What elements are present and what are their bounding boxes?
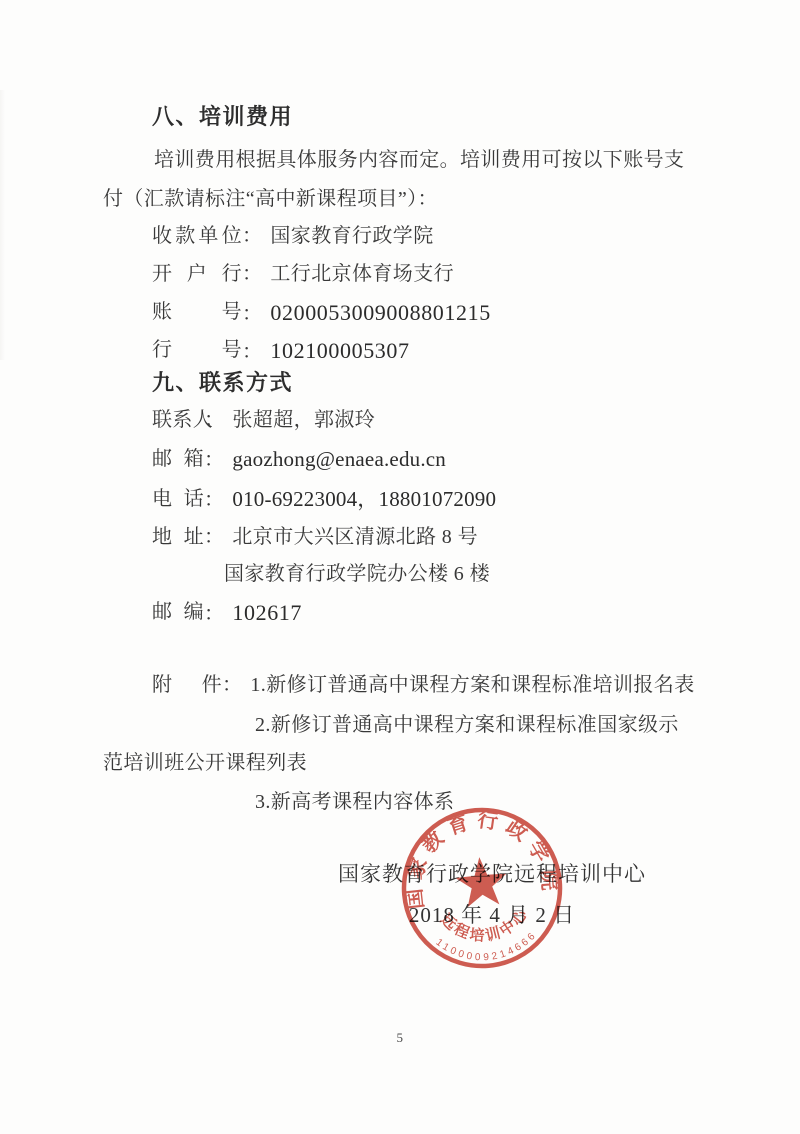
address-row: 地址：北京市大兴区清源北路 8 号 [152,524,478,550]
attachment-item-1: 1.新修订普通高中课程方案和课程标准培训报名表 [250,674,694,696]
bank-code-row: 行号：102100005307 [152,337,410,366]
phone-label: 电话 [152,486,204,512]
email-row: 邮箱：gaozhong@enaea.edu.cn [152,446,446,473]
address-colon: ： [204,526,224,548]
attachments-row: 附件：1.新修订普通高中课程方案和课程标准培训报名表 [152,672,695,698]
account-number-label: 账号 [152,299,242,325]
bank-colon: ： [242,263,262,285]
address-value: 北京市大兴区清源北路 8 号 [232,526,478,548]
seal-outer-ring [397,803,566,972]
address-label: 地址 [152,524,204,550]
attachments-label: 附件 [152,672,222,698]
account-number-row: 账号：0200053009008801215 [152,299,491,328]
official-red-seal: 国家教育行政学院 远程培训中心 1100009214666 [397,803,567,973]
scanned-document-page: 八、培训费用 培训费用根据具体服务内容而定。培训费用可按以下账号支 付（汇款请标… [0,0,800,1134]
address-line-2: 国家教育行政学院办公楼 6 楼 [224,561,490,587]
account-number-value: 0200053009008801215 [270,300,490,325]
bank-code-value: 102100005307 [270,338,409,363]
payee-value: 国家教育行政学院 [270,225,433,247]
section-8-paragraph-line-2: 付（汇款请标注“高中新课程项目”）： [103,186,438,212]
contact-person-colon: ： [204,409,224,431]
email-label: 邮箱 [152,446,204,472]
phone-colon: ： [204,489,224,511]
postcode-colon: ： [204,603,224,625]
email-value: gaozhong@enaea.edu.cn [232,447,446,471]
attachment-item-2-line-2: 范培训班公开课程列表 [103,750,307,776]
contact-person-row: 联系人：张超超，郭淑玲 [152,407,375,433]
seal-number: 1100009214666 [433,928,542,967]
svg-text:国家教育行政学院: 国家教育行政学院 [397,803,563,910]
scan-edge-artifact [0,90,5,360]
email-colon: ： [204,449,224,471]
section-8-paragraph-line-1: 培训费用根据具体服务内容而定。培训费用可按以下账号支 [154,147,684,173]
signature-date: 2018 年 4 月 2 日 [338,899,646,929]
bank-code-label: 行号 [152,337,242,363]
postcode-value: 102617 [232,600,302,625]
section-9-heading: 九、联系方式 [152,369,293,398]
svg-text:1100009214666: 1100009214666 [433,928,542,967]
attachment-item-2-line-1: 2.新修订普通高中课程方案和课程标准国家级示 [255,712,679,738]
bank-value: 工行北京体育场支行 [270,263,454,285]
account-number-colon: ： [242,303,262,325]
phone-row: 电话：010-69223004，18801072090 [152,486,496,513]
signing-organization: 国家教育行政学院远程培训中心 [338,858,646,888]
contact-person-value: 张超超，郭淑玲 [232,409,375,431]
payee-row: 收款单位：国家教育行政学院 [152,223,434,249]
seal-ring-text: 国家教育行政学院 [397,803,563,910]
payee-label: 收款单位 [152,223,242,249]
postcode-label: 邮编 [152,599,204,625]
payee-colon: ： [242,225,262,247]
bank-label: 开户行 [152,261,242,287]
bank-row: 开户行：工行北京体育场支行 [152,261,454,287]
section-8-heading: 八、培训费用 [152,103,293,132]
phone-value: 010-69223004，18801072090 [232,487,496,511]
page-number: 5 [0,1030,800,1046]
attachments-colon: ： [222,674,242,696]
contact-person-label: 联系人 [152,407,204,433]
bank-code-colon: ： [242,341,262,363]
attachment-item-3: 3.新高考课程内容体系 [255,789,454,815]
postcode-row: 邮编：102617 [152,599,302,628]
